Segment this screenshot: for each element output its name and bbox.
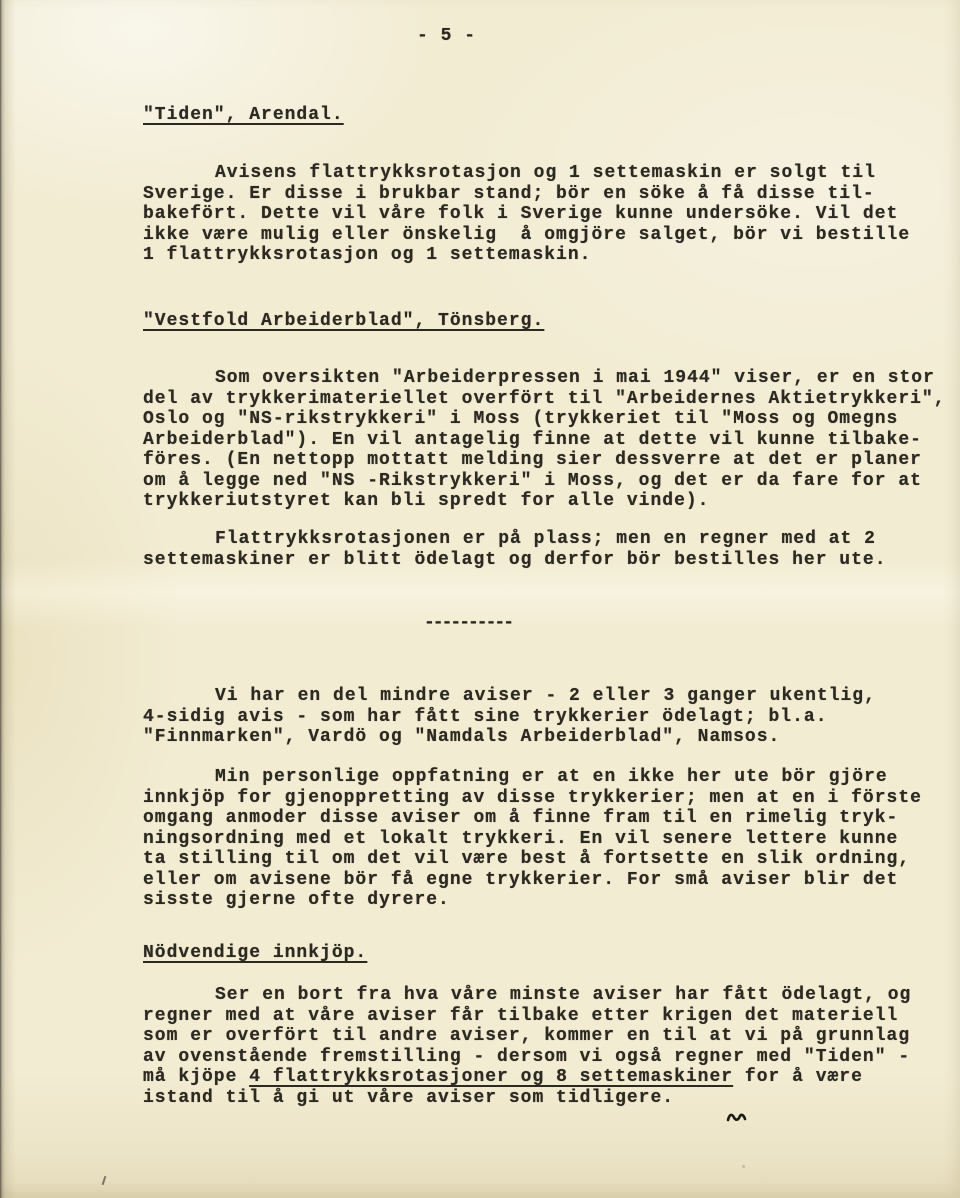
paragraph-personal-opinion: Min personlige oppfatning er at en ikke … xyxy=(143,767,959,911)
paragraph-tiden: Avisens flattrykksrotasjon og 1 settemas… xyxy=(143,163,959,266)
paragraph-small-newspapers: Vi har en del mindre aviser - 2 eller 3 … xyxy=(143,686,959,748)
section-heading-nodvendige-innkjop: Nödvendige innkjöp. xyxy=(143,943,367,964)
handwritten-squiggle-mark xyxy=(726,1110,748,1124)
paragraph-vestfold-2: Flattrykksrotasjonen er på plass; men en… xyxy=(143,529,959,570)
underlined-phrase-purchase-quantities: 4 flattrykksrotasjoner og 8 settemaskine… xyxy=(249,1067,733,1087)
page-number: - 5 - xyxy=(417,26,476,47)
scanned-document-page: - 5 - "Tiden", Arendal. Avisens flattryk… xyxy=(0,0,960,1198)
typed-dash-divider: ---------- xyxy=(424,613,512,633)
ink-fleck-mark xyxy=(102,1176,107,1185)
section-heading-vestfold-arbeiderblad: "Vestfold Arbeiderblad", Tönsberg. xyxy=(143,311,544,332)
section-heading-tiden-arendal: "Tiden", Arendal. xyxy=(143,105,344,126)
paragraph-necessary-purchases: Ser en bort fra hva våre minste aviser h… xyxy=(143,985,959,1108)
paper-speck xyxy=(742,1165,745,1168)
paragraph-vestfold-1: Som oversikten "Arbeiderpressen i mai 19… xyxy=(143,368,959,512)
